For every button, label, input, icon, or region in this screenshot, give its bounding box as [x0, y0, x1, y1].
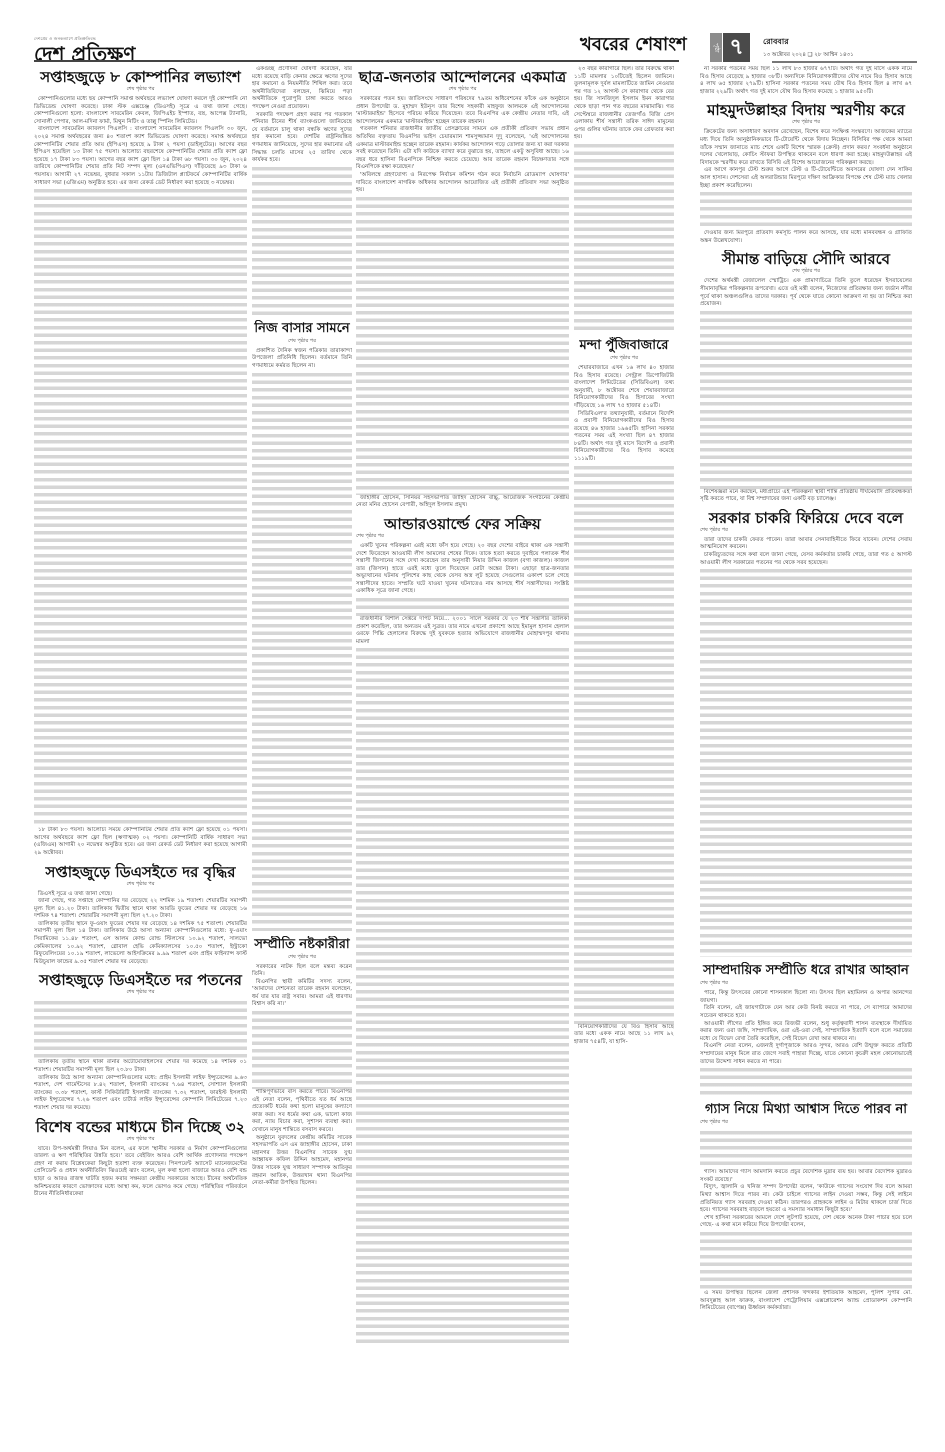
article-body: রাজধানীর বিশাল সেক্টরে দাপট নিয়ে... ২০০…	[356, 616, 569, 646]
headline: সরকার চাকরি ফিরিয়ে দেবে বলে	[700, 509, 912, 527]
article-body: একটি খুনের পরিকল্পনা এরই মধ্যে ফাঁস হয়ে…	[356, 543, 569, 596]
paragraph: রাজধানীর বিশাল সেক্টরে দাপট নিয়ে... ২০০…	[356, 616, 569, 646]
paragraph: সরকারের পতন হয়। জাতিসংঘে সাধারণ পরিষদের…	[356, 96, 569, 126]
continued-label: শেষ পৃষ্ঠার পর	[700, 119, 912, 127]
masthead: দেশপ্রেম ও জনকল্যাণে প্রতিশ্রুতিবদ্ধ দেশ…	[0, 0, 945, 62]
headline: সম্প্রীতি নষ্টকারীরা	[252, 936, 352, 954]
paragraph: ২৩ বছর কারাগারে ছিল। তার বিরুদ্ধে থাকা ১…	[574, 66, 674, 142]
article-body-continued	[700, 1230, 912, 1290]
article-interest-rate: একগুচ্ছ প্রণোদনা ঘোষণা করেছেন, যার মধ্যে…	[252, 66, 352, 315]
paragraph: জানা গেছে, গত সপ্তাহে কোম্পানির দর বেড়ে…	[34, 898, 247, 921]
article-body-continued	[34, 999, 247, 1059]
paragraph: না সরকার পতনের সময় ছিল ১১ লাখ ৮৩ হাজার …	[700, 66, 912, 96]
paragraph: একগুচ্ছ প্রণোদনা ঘোষণা করেছেন, যার মধ্যে…	[252, 66, 352, 112]
article-saudi: সীমান্ত বাড়িয়ে সৌদি আরবে শেষ পৃষ্ঠার প…	[700, 250, 912, 504]
article-bo-account: না সরকার পতনের সময় ছিল ১১ লাখ ৮৩ হাজার …	[700, 66, 912, 96]
article-nij-basar: নিজ বাসার সামনে শেষ পৃষ্ঠার পর প্রকাশিত …	[252, 320, 352, 931]
continued-label: শেষ পৃষ্ঠার পর	[34, 989, 247, 997]
paragraph: গতকাল শনিবার রাজধানীর জাতীয় প্রেসক্লাবে…	[356, 126, 569, 172]
headline: সপ্তাহজুড়ে ডিএসইতে দর পতনের	[34, 971, 247, 989]
continued-label: শেষ পৃষ্ঠার পর	[700, 980, 912, 988]
paragraph: তালিকায় তৃতীয় স্থানে ফু-ওয়াং ফুডের শে…	[34, 921, 247, 967]
paragraph: শেয়ারবাজারে এখন ১৬ লাখ ৪০ হাজার বিও হিস…	[574, 365, 674, 411]
article-body: ডিএসই সূত্রে এ তথ্য জানা গেছে। জানা গেছে…	[34, 891, 247, 967]
article-body-continued	[700, 309, 912, 489]
continued-label: শেষ পৃষ্ঠার পর	[34, 86, 247, 94]
article-body-continued	[574, 464, 674, 1024]
continued-label: শেষ পৃষ্ঠার পর	[574, 355, 674, 363]
article-dse-gain: সপ্তাহজুড়ে ডিএসইতে দর বৃদ্ধির শেষ পৃষ্ঠ…	[34, 863, 247, 967]
paragraph: তিনি বলেন, এই জায়গাটাকে যেন আর কেউ বিনষ…	[700, 1005, 912, 1020]
paragraph: দেশের অর্থমন্ত্রী বেজালেল স্মোট্রিচ। এক …	[700, 278, 912, 308]
article-body: ক্রিকেটের জন্য অসাধারণ অবদান রেখেছেন, বি…	[700, 129, 912, 190]
paragraph: এ সময় উপস্থিত ছিলেন জেলা প্রশাসক খন্দকা…	[700, 1290, 912, 1313]
article-body: সরকারের নাটক ছিল বলে মন্তব্য করেন তিনি। …	[252, 964, 352, 1010]
article-body-continued	[700, 190, 912, 230]
paragraph: শান্তিপূর্ণভাবে বাস করতে পারে। বিএনপির এ…	[252, 1089, 352, 1135]
paragraph: বিশেষজ্ঞরা মনে করছেন, মধ্যপ্রাচ্যে এই পর…	[700, 489, 912, 504]
article-sampriti: সম্প্রীতি নষ্টকারীরা শেষ পৃষ্ঠার পর সরকা…	[252, 936, 352, 1188]
headline: বিশেষ বন্ডের মাধ্যমে চীন দিচ্ছে ৩২	[34, 1118, 247, 1136]
continued-label: শেষ পৃষ্ঠার পর	[700, 527, 912, 535]
paragraph: গ্যাস। আমাদের গ্যাস আমদানি করতে প্রচুর ব…	[700, 1169, 912, 1184]
paragraph: বাংলাদেশ সাবমেরিন ক্যাবলস পিএলসি : বাংলা…	[34, 126, 247, 187]
paragraph: পারে, কিন্তু উৎসবের কোনো শাসনকাল ছিলো না…	[700, 990, 912, 1005]
paragraph: বিনিয়োগকারীদের যে বিও হিসাব আছে তার মধ্…	[574, 1024, 674, 1047]
article-market-slump: মন্দা পুঁজিবাজারে শেষ পৃষ্ঠার পর শেয়ারব…	[574, 337, 674, 1047]
article-body: না সরকার পতনের সময় ছিল ১১ লাখ ৮৩ হাজার …	[700, 66, 912, 96]
paragraph: বিএনপি নেতা বলেন, এজন্যই দুর্গাপূজাকে আর…	[700, 1043, 912, 1066]
section-title: খবরের শেষাংশ	[580, 30, 687, 61]
paragraph: সিডিবিএল'র তথ্যানুযায়ী, বর্তমানে বিদেশি…	[574, 411, 674, 464]
paragraph: অনুষ্ঠানে যুবদলের কেন্দ্রীয় কমিটির সাবে…	[252, 1135, 352, 1188]
article-body: বিশেষজ্ঞরা মনে করছেন, মধ্যপ্রাচ্যে এই পর…	[700, 489, 912, 504]
article-body: পারে, কিন্তু উৎসবের কোনো শাসনকাল ছিলো না…	[700, 990, 912, 1066]
article-body: গ্যাস। আমাদের গ্যাস আমদানি করতে প্রচুর ব…	[700, 1169, 912, 1230]
article-body-continued	[700, 1129, 912, 1169]
column-center-wide: ছাত্র-জনতার আন্দোলনের একমাত্র শেষ পৃষ্ঠা…	[356, 66, 569, 1396]
paragraph: ডিএসই সূত্রে এ তথ্য জানা গেছে।	[34, 891, 247, 899]
column-center-narrow: ২৩ বছর কারাগারে ছিল। তার বিরুদ্ধে থাকা ১…	[574, 66, 674, 1396]
column-left-wide: সপ্তাহজুড়ে ৮ কোম্পানির লভ্যাংশ শেষ পৃষ্…	[34, 66, 247, 1396]
article-student-movement: ছাত্র-জনতার আন্দোলনের একমাত্র শেষ পৃষ্ঠা…	[356, 68, 569, 510]
paragraph: বিদ্যুৎ, জ্বালানি ও খনিজ সম্পদ উপদেষ্টা …	[700, 1184, 912, 1214]
article-body: সরকারের পতন হয়। জাতিসংঘে সাধারণ পরিষদের…	[356, 96, 569, 195]
page-label: পৃষ্ঠা	[710, 33, 722, 62]
paragraph: শেখ হাসিনা সরকারের আমলে দেশে লুটপাট হয়ে…	[700, 1215, 912, 1230]
article-body: শান্তিপূর্ণভাবে বাস করতে পারে। বিএনপির এ…	[252, 1089, 352, 1188]
paragraph: ১৮ টাকা ৮৩ পয়সা। আলোচ্য সময়ে কোম্পানিট…	[34, 827, 247, 857]
paragraph: প্রকাশিত দৈনিক স্বজন পত্রিকার তারাকান্দা…	[252, 348, 352, 371]
headline: মাহমুদউল্লাহর বিদায় স্মরণীয় করে	[700, 101, 912, 119]
article-body: জাহাঙ্গীর হোসেন, সিনিয়র সহসভাপতি জাহিদ …	[356, 495, 569, 510]
date-label: ১৩ অক্টোবর ২০২৪ ❑ ২৮ আশ্বিন ১৪৩১	[763, 52, 854, 60]
article-body-continued	[252, 165, 352, 315]
continued-label: শেষ পৃষ্ঠার পর	[252, 954, 352, 962]
paragraph: একটি খুনের পরিকল্পনা এরই মধ্যে ফাঁস হয়ে…	[356, 543, 569, 596]
headline: সপ্তাহজুড়ে ডিএসইতে দর বৃদ্ধির	[34, 863, 247, 881]
paragraph: এর আগে কানপুর টেস্ট শুরুর আগে টেস্ট ও টি…	[700, 167, 912, 190]
article-gas: গ্যাস নিয়ে মিথ্যা আশ্বাস দিতে পারব না শ…	[700, 1101, 912, 1313]
article-body: তারা তাদের চাকরি ফেরত পাবেন। তারা আবার স…	[700, 537, 912, 567]
paragraph: দেওয়ার জন্য মিরপুরে প্রতিবাদ কর্মসূচি প…	[700, 230, 912, 245]
paragraph: যাবে। উপ-অর্থমন্ত্রী লিয়াও মিন বলেন, এর…	[34, 1146, 247, 1199]
article-body-continued	[700, 1066, 912, 1096]
paragraph: আওয়ামী লীগের প্রতি ইঙ্গিত করে রিজভী বলে…	[700, 1021, 912, 1044]
article-communal-harmony: সাম্প্রদায়িক সম্প্রীতি ধরে রাখার আহ্বান…	[700, 962, 912, 1096]
page-number: ৭	[723, 33, 750, 62]
article-underworld: আন্ডারওয়ার্ল্ডে ফের সক্রিয় শেষ পৃষ্ঠার…	[356, 515, 569, 1347]
paragraph: তালিকায় উঠে আসা অন্যান্য কোম্পানিগুলোর …	[34, 1075, 247, 1113]
article-mahmudullah: মাহমুদউল্লাহর বিদায় স্মরণীয় করে শেষ পৃ…	[700, 101, 912, 245]
paragraph: সরকারি পদক্ষেপ গ্রহণ করার পর গতকাল শনিবা…	[252, 112, 352, 165]
article-body-continued	[574, 142, 674, 332]
paragraph: কোম্পানিগুলোর মধ্যে ছয় কোম্পানি সমাপ্ত …	[34, 96, 247, 126]
article-body: একগুচ্ছ প্রণোদনা ঘোষণা করেছেন, যার মধ্যে…	[252, 66, 352, 165]
article-body: কোম্পানিগুলোর মধ্যে ছয় কোম্পানি সমাপ্ত …	[34, 96, 247, 187]
article-body: বিনিয়োগকারীদের যে বিও হিসাব আছে তার মধ্…	[574, 1024, 674, 1047]
paragraph: 'অবিলম্বে গ্রহণযোগ্য ও নিরপেক্ষ নির্বাচন…	[356, 172, 569, 195]
paragraph: বিএনপির স্থায়ী কমিটির সদস্য বলেন, 'আমাদ…	[252, 979, 352, 1009]
article-jail-release: ২৩ বছর কারাগারে ছিল। তার বিরুদ্ধে থাকা ১…	[574, 66, 674, 332]
paragraph: চাকরিচ্যুতদের সঙ্গে কথা বলে জানা গেছে, য…	[700, 552, 912, 567]
continued-label: শেষ পৃষ্ঠার পর	[252, 338, 352, 346]
date-block: রোববার ১৩ অক্টোবর ২০২৪ ❑ ২৮ আশ্বিন ১৪৩১	[763, 36, 854, 60]
article-body: দেওয়ার জন্য মিরপুরে প্রতিবাদ কর্মসূচি প…	[700, 230, 912, 245]
continued-label: শেষ পৃষ্ঠার পর	[34, 881, 247, 889]
article-body: তালিকায় তৃতীয় স্থানে থাকা রানার অটোমোব…	[34, 1059, 247, 1112]
paragraph: সরকারের নাটক ছিল বলে মন্তব্য করেন তিনি।	[252, 964, 352, 979]
article-body: ২৩ বছর কারাগারে ছিল। তার বিরুদ্ধে থাকা ১…	[574, 66, 674, 142]
article-body-continued	[34, 187, 247, 827]
headline: মন্দা পুঁজিবাজারে	[574, 337, 674, 355]
article-body-continued	[356, 646, 569, 1346]
headline: গ্যাস নিয়ে মিথ্যা আশ্বাস দিতে পারব না	[700, 1101, 912, 1119]
article-body-continued	[700, 567, 912, 957]
article-china-bond: বিশেষ বন্ডের মাধ্যমে চীন দিচ্ছে ৩২ শেষ প…	[34, 1118, 247, 1199]
article-body-continued	[356, 596, 569, 616]
article-govt-jobs: সরকার চাকরি ফিরিয়ে দেবে বলে শেষ পৃষ্ঠার…	[700, 509, 912, 957]
headline: সপ্তাহজুড়ে ৮ কোম্পানির লভ্যাংশ	[34, 68, 247, 86]
paragraph: তারা তাদের চাকরি ফেরত পাবেন। তারা আবার স…	[700, 537, 912, 552]
paragraph: জাহাঙ্গীর হোসেন, সিনিয়র সহসভাপতি জাহিদ …	[356, 495, 569, 510]
article-dividend: সপ্তাহজুড়ে ৮ কোম্পানির লভ্যাংশ শেষ পৃষ্…	[34, 68, 247, 858]
headline: সাম্প্রদায়িক সম্প্রীতি ধরে রাখার আহ্বান	[700, 962, 912, 980]
paragraph: তালিকায় তৃতীয় স্থানে থাকা রানার অটোমোব…	[34, 1059, 247, 1074]
article-body-continued	[356, 195, 569, 495]
headline: নিজ বাসার সামনে	[252, 320, 352, 338]
day-label: রোববার	[763, 36, 854, 49]
article-body: ১৮ টাকা ৮৩ পয়সা। আলোচ্য সময়ে কোম্পানিট…	[34, 827, 247, 857]
continued-label: শেষ পৃষ্ঠার পর	[700, 268, 912, 276]
paragraph: ক্রিকেটের জন্য অসাধারণ অবদান রেখেছেন, বি…	[700, 129, 912, 167]
date-rule	[772, 61, 917, 63]
article-body: এ সময় উপস্থিত ছিলেন জেলা প্রশাসক খন্দকা…	[700, 1290, 912, 1313]
article-body-continued	[252, 371, 352, 931]
column-right-wide: না সরকার পতনের সময় ছিল ১১ লাখ ৮৩ হাজার …	[700, 66, 912, 1396]
article-body: দেশের অর্থমন্ত্রী বেজালেল স্মোট্রিচ। এক …	[700, 278, 912, 308]
article-body: শেয়ারবাজারে এখন ১৬ লাখ ৪০ হাজার বিও হিস…	[574, 365, 674, 464]
continued-label: শেষ পৃষ্ঠার পর	[356, 533, 569, 541]
continued-label: শেষ পৃষ্ঠার পর	[700, 1119, 912, 1127]
article-body: যাবে। উপ-অর্থমন্ত্রী লিয়াও মিন বলেন, এর…	[34, 1146, 247, 1199]
headline: ছাত্র-জনতার আন্দোলনের একমাত্র	[356, 68, 569, 86]
article-body-continued	[252, 1009, 352, 1089]
article-body: প্রকাশিত দৈনিক স্বজন পত্রিকার তারাকান্দা…	[252, 348, 352, 371]
headline: আন্ডারওয়ার্ল্ডে ফের সক্রিয়	[356, 515, 569, 533]
continued-label: শেষ পৃষ্ঠার পর	[356, 86, 569, 94]
column-left-narrow: একগুচ্ছ প্রণোদনা ঘোষণা করেছেন, যার মধ্যে…	[252, 66, 352, 1396]
headline: সীমান্ত বাড়িয়ে সৌদি আরবে	[700, 250, 912, 268]
continued-label: শেষ পৃষ্ঠার পর	[34, 1136, 247, 1144]
article-dse-fall: সপ্তাহজুড়ে ডিএসইতে দর পতনের শেষ পৃষ্ঠার…	[34, 971, 247, 1112]
